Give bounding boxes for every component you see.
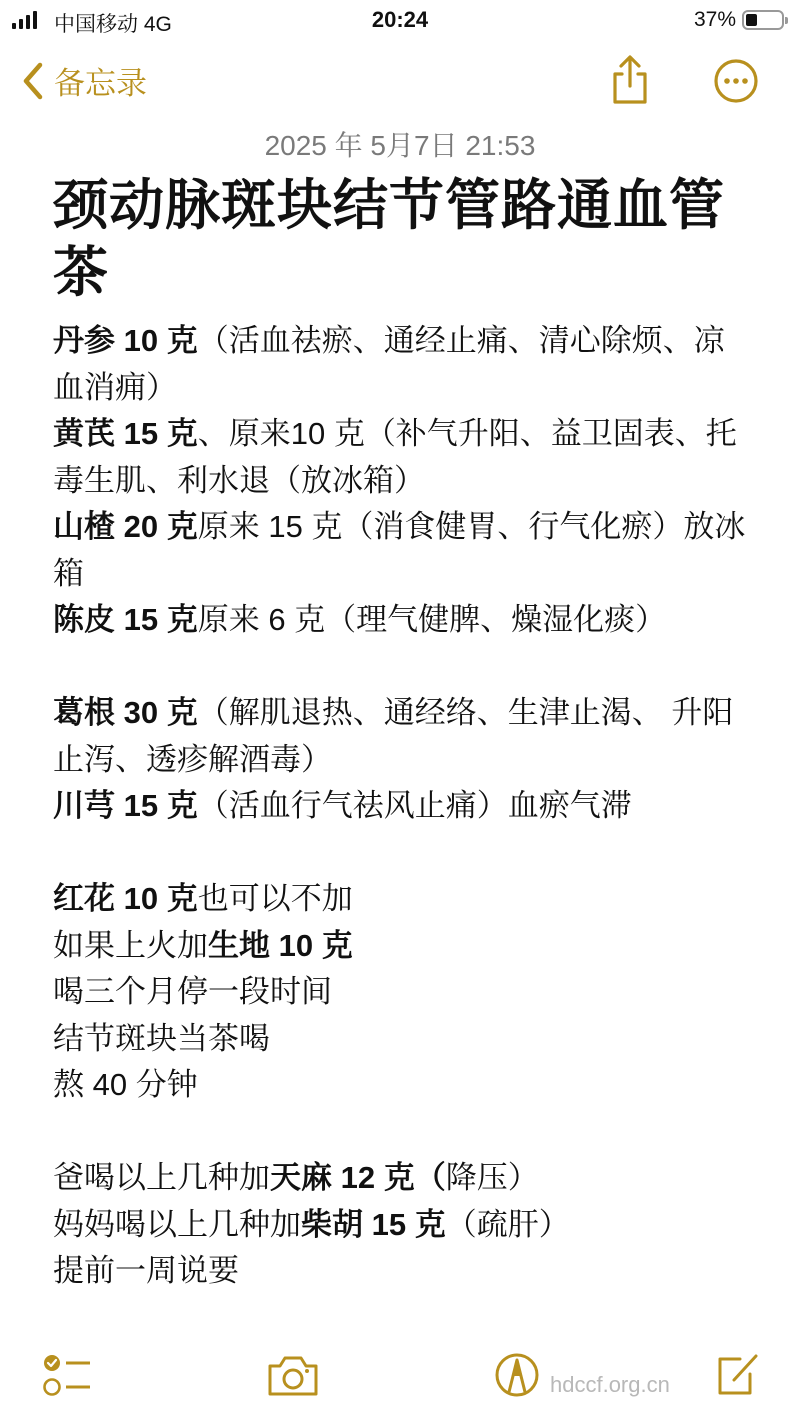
note-bold-text: 川芎 15 克 [53,788,198,823]
note-blank-line [53,830,753,877]
note-line: 熬 40 分钟 [53,1062,753,1109]
more-icon[interactable] [713,58,759,104]
camera-icon[interactable] [266,1354,320,1398]
note-bold-text: 生地 10 克 [208,928,353,963]
back-label: 备忘录 [54,58,147,103]
note-date: 2025 年 5月7日 21:53 [0,124,800,164]
note-line: 结节斑块当茶喝 [53,1016,753,1063]
note-line: 爸喝以上几种加天麻 12 克（降压） [53,1155,753,1202]
note-bold-text: 黄芪 15 克 [53,416,198,451]
note-content[interactable]: 颈动脉斑块结节管路通血管茶 丹参 10 克（活血祛瘀、通经止痛、清心除烦、凉血消… [53,172,753,1295]
note-body[interactable]: 丹参 10 克（活血祛瘀、通经止痛、清心除烦、凉血消痈）黄芪 15 克、原来10… [53,318,753,1295]
checklist-icon[interactable] [42,1352,94,1398]
status-bar: 中国移动 4G 20:24 37% [0,0,800,44]
note-text: 熬 40 分钟 [53,1067,198,1102]
compose-icon[interactable] [714,1352,760,1398]
note-line: 红花 10 克也可以不加 [53,876,753,923]
note-line: 葛根 30 克（解肌退热、通经络、生津止渴、 升阳止泻、透疹解酒毒） [53,690,753,783]
note-bold-text: 陈皮 15 克 [53,602,198,637]
note-text: 喝三个月停一段时间 [53,974,332,1009]
note-bold-text: 丹参 10 克 [53,323,198,358]
note-text: （疏肝） [446,1207,570,1242]
note-line: 提前一周说要 [53,1248,753,1295]
note-line: 妈妈喝以上几种加柴胡 15 克（疏肝） [53,1202,753,1249]
note-text: 提前一周说要 [53,1253,239,1288]
note-text: 也可以不加 [198,881,353,916]
note-line: 喝三个月停一段时间 [53,969,753,1016]
note-bold-text: 柴胡 15 克 [301,1207,446,1242]
note-text: 结节斑块当茶喝 [53,1021,270,1056]
battery-percent: 37% [694,8,736,32]
note-text: 爸喝以上几种加 [53,1160,270,1195]
note-line: 黄芪 15 克、原来10 克（补气升阳、益卫固表、托毒生肌、利水退（放冰箱） [53,411,753,504]
battery-icon [742,10,784,30]
note-blank-line [53,644,753,691]
note-line: 陈皮 15 克原来 6 克（理气健脾、燥湿化痰） [53,597,753,644]
markup-icon[interactable] [494,1352,540,1398]
chevron-left-icon [22,62,44,100]
back-button[interactable]: 备忘录 [22,58,147,103]
note-line: 川芎 15 克（活血行气祛风止痛）血瘀气滞 [53,783,753,830]
note-text: （活血行气祛风止痛）血瘀气滞 [198,788,632,823]
note-line: 丹参 10 克（活血祛瘀、通经止痛、清心除烦、凉血消痈） [53,318,753,411]
note-bold-text: 葛根 30 克 [53,695,198,730]
note-text: 降压） [446,1160,539,1195]
note-line: 山楂 20 克原来 15 克（消食健胃、行气化瘀）放冰箱 [53,504,753,597]
watermark: hdccf.org.cn [550,1372,670,1398]
note-bold-text: 山楂 20 克 [53,509,198,544]
share-icon[interactable] [608,54,652,106]
note-blank-line [53,1109,753,1156]
note-text: 原来 6 克（理气健脾、燥湿化痰） [198,602,666,637]
note-text: 妈妈喝以上几种加 [53,1207,301,1242]
nav-bar: 备忘录 [0,50,800,110]
note-title: 颈动脉斑块结节管路通血管茶 [53,172,753,306]
status-time: 20:24 [0,7,800,33]
note-bold-text: 红花 10 克 [53,881,198,916]
note-bold-text: 天麻 12 克（ [270,1160,446,1195]
note-line: 如果上火加生地 10 克 [53,923,753,970]
bottom-toolbar [0,1352,800,1412]
note-text: 如果上火加 [53,928,208,963]
